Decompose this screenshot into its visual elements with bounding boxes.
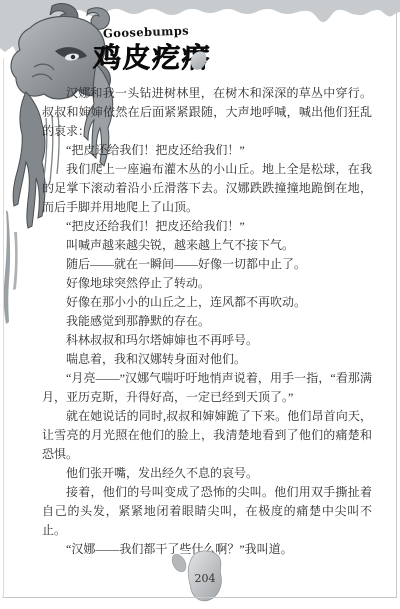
story-text: 汉娜和我一头钻进树林里，在树木和深深的草丛中穿行。叔叔和婶婶依然在后面紧紧跟随，…	[42, 84, 372, 559]
story-paragraph: 叫喊声越来越尖锐，越来越上气不接下气。	[42, 236, 372, 255]
story-paragraph: 汉娜和我一头钻进树林里，在树木和深深的草丛中穿行。叔叔和婶婶依然在后面紧紧跟随，…	[42, 84, 372, 141]
story-paragraph: 科林叔叔和玛尔塔婶婶也不再呼号。	[42, 331, 372, 350]
story-paragraph: 喘息着，我和汉娜转身面对他们。	[42, 350, 372, 369]
story-paragraph: “月亮——”汉娜气喘吁吁地悄声说着，用手一指，“看那满月，亚历克斯，升得好高，一…	[42, 369, 372, 407]
page-border-bottom	[2, 597, 397, 598]
page-border-left	[3, 58, 4, 598]
story-paragraph: “把皮还给我们！把皮还给我们！”	[42, 217, 372, 236]
page-number: 204	[195, 572, 216, 585]
story-paragraph: 接着，他们的号叫变成了恐怖的尖叫。他们用双手撕扯着自己的头发，紧紧地闭着眼睛尖叫…	[42, 483, 372, 540]
story-paragraph: 好像地球突然停止了转动。	[42, 274, 372, 293]
book-page: Goosebumps 鸡皮疙瘩 汉娜和我一头钻进树林里，在树木和深深的草丛中穿行…	[0, 0, 400, 609]
story-paragraph: 好像在那小小的山丘之上，连风都不再吹动。	[42, 293, 372, 312]
story-paragraph: 他们张开嘴，发出经久不息的哀号。	[42, 464, 372, 483]
story-paragraph: 就在她说话的同时,叔叔和婶婶跪了下来。他们昂首向天，让雪亮的月光照在他们的脸上，…	[42, 407, 372, 464]
story-paragraph: 我能感觉到那静默的存在。	[42, 312, 372, 331]
story-paragraph: 随后——就在一瞬间——好像一切都中止了。	[42, 255, 372, 274]
page-border-right	[396, 13, 398, 598]
story-paragraph: 我们爬上一座遍布灌木丛的小山丘。地上全是松球，在我的足掌下滚动着沿小丘滑落下去。…	[42, 160, 372, 217]
story-paragraph: “把皮还给我们！把皮还给我们！”	[42, 141, 372, 160]
